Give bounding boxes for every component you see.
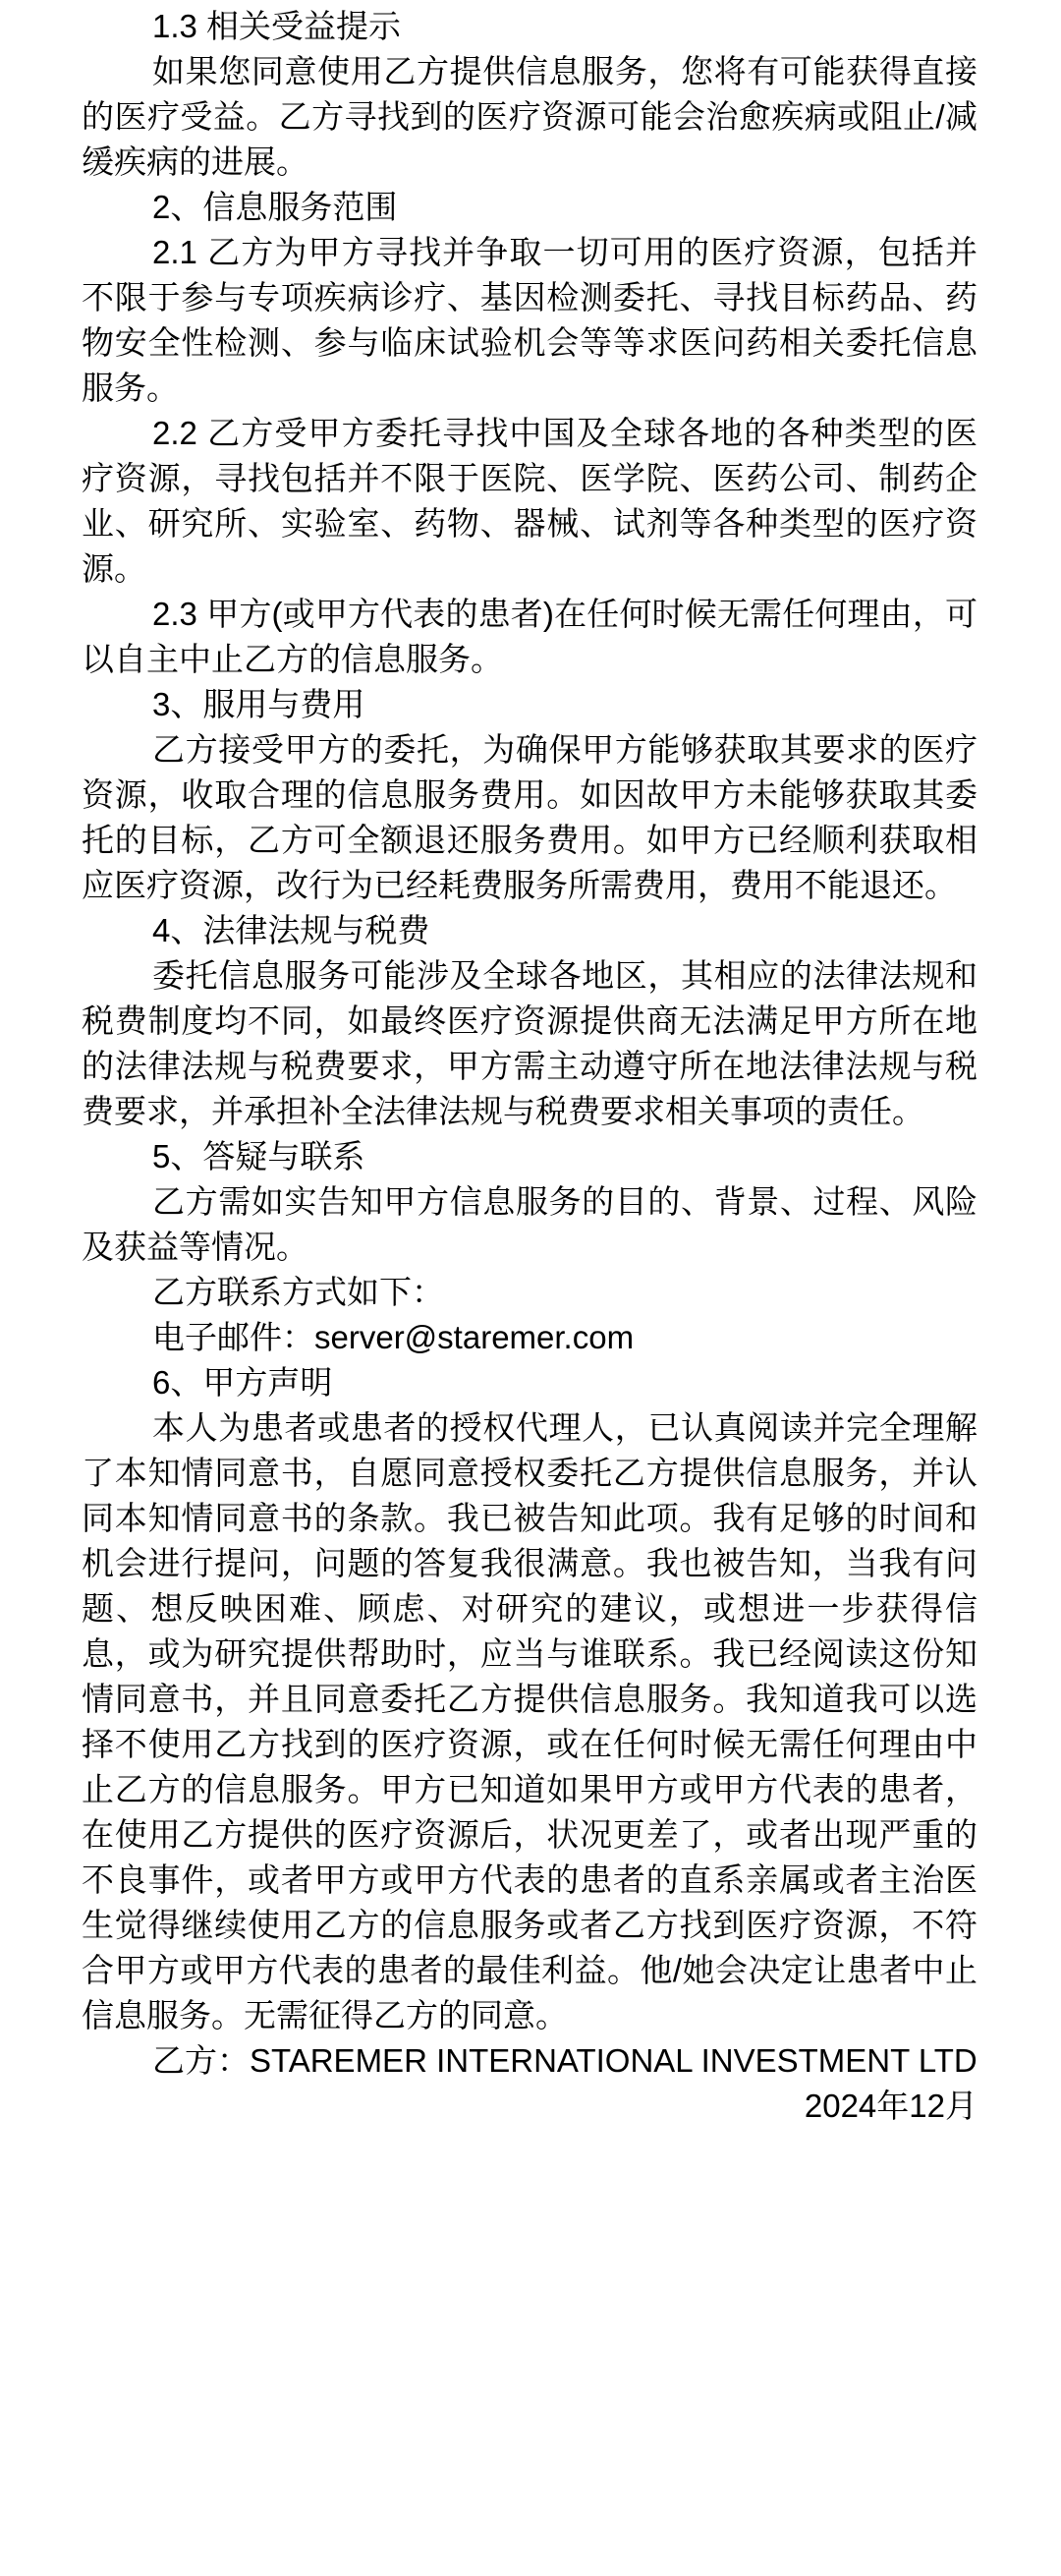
section-1-3-heading: 1.3 相关受益提示	[82, 4, 977, 49]
clause-2-2: 2.2 乙方受甲方委托寻找中国及全球各地的各种类型的医疗资源，寻找包括并不限于医…	[82, 411, 977, 592]
section-6-heading: 6、甲方声明	[82, 1360, 977, 1405]
clause-2-3: 2.3 甲方(或甲方代表的患者)在任何时候无需任何理由，可以自主中止乙方的信息服…	[82, 592, 977, 682]
section-4-heading: 4、法律法规与税费	[82, 908, 977, 953]
section-1-3-body: 如果您同意使用乙方提供信息服务，您将有可能获得直接的医疗受益。乙方寻找到的医疗资…	[82, 49, 977, 185]
consent-document-page: 1.3 相关受益提示 如果您同意使用乙方提供信息服务，您将有可能获得直接的医疗受…	[0, 0, 1061, 2576]
section-5-contact: 5、答疑与联系 乙方需如实告知甲方信息服务的目的、背景、过程、风险及获益等情况。…	[82, 1134, 977, 1360]
section-3-heading: 3、服用与费用	[82, 682, 977, 727]
party-b-line: 乙方：STAREMER INTERNATIONAL INVESTMENT LTD	[82, 2038, 977, 2084]
section-3-fees: 3、服用与费用 乙方接受甲方的委托，为确保甲方能够获取其要求的医疗资源，收取合理…	[82, 682, 977, 908]
section-6-body: 本人为患者或患者的授权代理人，已认真阅读并完全理解了本知情同意书，自愿同意授权委…	[82, 1405, 977, 2038]
clause-2-3-block: 2.3 甲方(或甲方代表的患者)在任何时候无需任何理由，可以自主中止乙方的信息服…	[82, 592, 977, 682]
date-line: 2024年12月	[82, 2084, 977, 2129]
clause-2-1: 2.1 乙方为甲方寻找并争取一切可用的医疗资源，包括并不限于参与专项疾病诊疗、基…	[82, 230, 977, 411]
section-2-heading: 2、信息服务范围	[82, 185, 977, 230]
email-line: 电子邮件：server@staremer.com	[82, 1315, 977, 1360]
section-4-body: 委托信息服务可能涉及全球各地区，其相应的法律法规和税费制度均不同，如最终医疗资源…	[82, 953, 977, 1134]
email-address: server@staremer.com	[314, 1319, 634, 1355]
section-3-body: 乙方接受甲方的委托，为确保甲方能够获取其要求的医疗资源，收取合理的信息服务费用。…	[82, 727, 977, 908]
section-benefit-note: 1.3 相关受益提示 如果您同意使用乙方提供信息服务，您将有可能获得直接的医疗受…	[82, 4, 977, 185]
section-4-legal-tax: 4、法律法规与税费 委托信息服务可能涉及全球各地区，其相应的法律法规和税费制度均…	[82, 908, 977, 1134]
email-label: 电子邮件：	[152, 1319, 314, 1355]
section-5-heading: 5、答疑与联系	[82, 1134, 977, 1179]
section-6-declaration: 6、甲方声明 本人为患者或患者的授权代理人，已认真阅读并完全理解了本知情同意书，…	[82, 1360, 977, 2038]
section-2-service-scope: 2、信息服务范围 2.1 乙方为甲方寻找并争取一切可用的医疗资源，包括并不限于参…	[82, 185, 977, 411]
clause-2-2-block: 2.2 乙方受甲方委托寻找中国及全球各地的各种类型的医疗资源，寻找包括并不限于医…	[82, 411, 977, 592]
section-5-body: 乙方需如实告知甲方信息服务的目的、背景、过程、风险及获益等情况。	[82, 1179, 977, 1270]
contact-intro: 乙方联系方式如下：	[82, 1270, 977, 1315]
